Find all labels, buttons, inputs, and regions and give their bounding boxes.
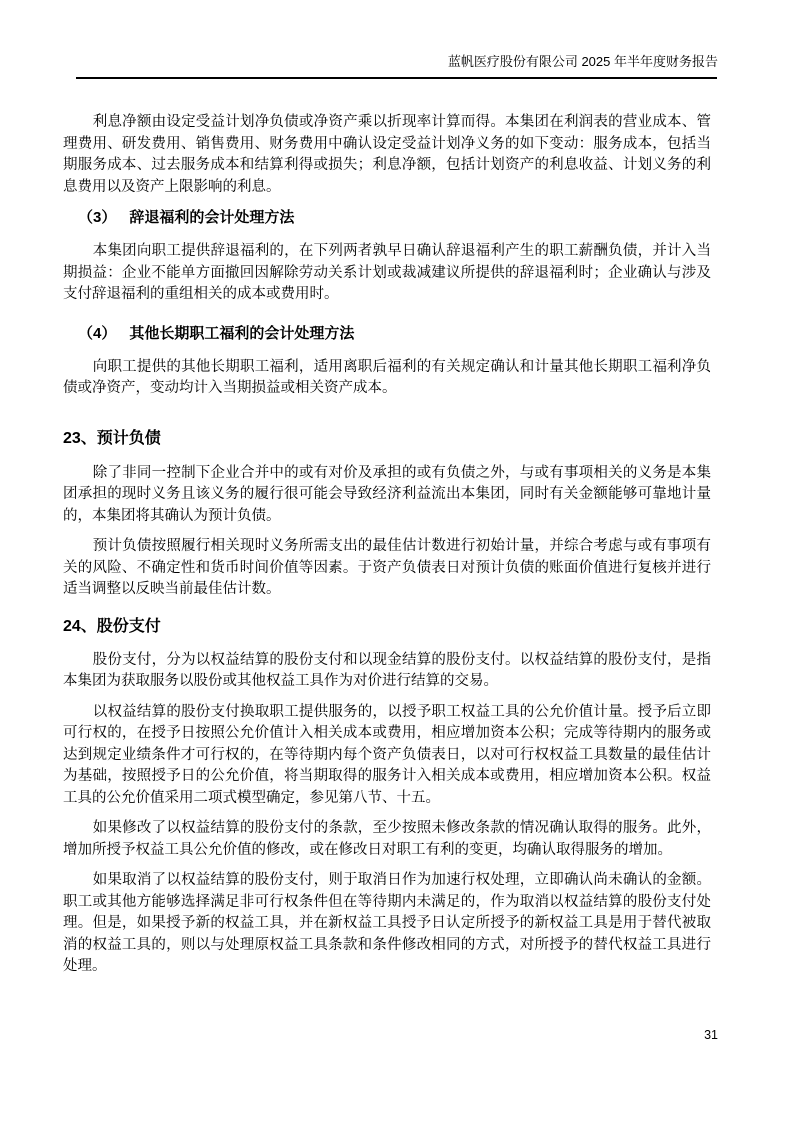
heading-other-longterm-number: （4）: [78, 325, 116, 342]
paragraph-provisions-recognition: 除了非同一控制下企业合并中的或有对价及承担的或有负债之外，与或有事项相关的义务是…: [63, 463, 711, 528]
header-divider: [76, 77, 717, 79]
heading-severance-text: 辞退福利的会计处理方法: [129, 209, 294, 226]
heading-other-longterm-benefits: （4）其他长期职工福利的会计处理方法: [63, 323, 711, 345]
paragraph-severance-benefits: 本集团向职工提供辞退福利的，在下列两者孰早日确认辞退福利产生的职工薪酬负债，并计…: [63, 241, 711, 306]
paragraph-net-interest: 利息净额由设定受益计划净负债或净资产乘以折现率计算而得。本集团在利润表的营业成本…: [63, 112, 711, 198]
paragraph-share-payment-definition: 股份支付，分为以权益结算的股份支付和以现金结算的股份支付。以权益结算的股份支付，…: [63, 650, 711, 693]
paragraph-provisions-measurement: 预计负债按照履行相关现时义务所需支出的最佳估计数进行初始计量，并综合考虑与或有事…: [63, 536, 711, 601]
heading-severance-benefits: （3）辞退福利的会计处理方法: [63, 207, 711, 229]
heading-share-payment: 24、股份支付: [63, 615, 711, 638]
paragraph-share-payment-measurement: 以权益结算的股份支付换取职工提供服务的，以授予职工权益工具的公允价值计量。授予后…: [63, 702, 711, 810]
heading-severance-number: （3）: [78, 209, 116, 226]
page-number: 31: [704, 1028, 718, 1043]
report-header-title: 蓝帆医疗股份有限公司 2025 年半年度财务报告: [448, 54, 718, 70]
document-body: 利息净额由设定受益计划净负债或净资产乘以折现率计算而得。本集团在利润表的营业成本…: [63, 112, 711, 987]
heading-estimated-liabilities: 23、预计负债: [63, 427, 711, 450]
heading-other-longterm-text: 其他长期职工福利的会计处理方法: [129, 325, 354, 342]
paragraph-share-payment-modification: 如果修改了以权益结算的股份支付的条款，至少按照未修改条款的情况确认取得的服务。此…: [63, 818, 711, 861]
paragraph-share-payment-cancellation: 如果取消了以权益结算的股份支付，则于取消日作为加速行权处理，立即确认尚未确认的金…: [63, 870, 711, 978]
document-page: 蓝帆医疗股份有限公司 2025 年半年度财务报告 利息净额由设定受益计划净负债或…: [0, 0, 793, 1122]
paragraph-other-longterm-benefits: 向职工提供的其他长期职工福利，适用离职后福利的有关规定确认和计量其他长期职工福利…: [63, 357, 711, 400]
